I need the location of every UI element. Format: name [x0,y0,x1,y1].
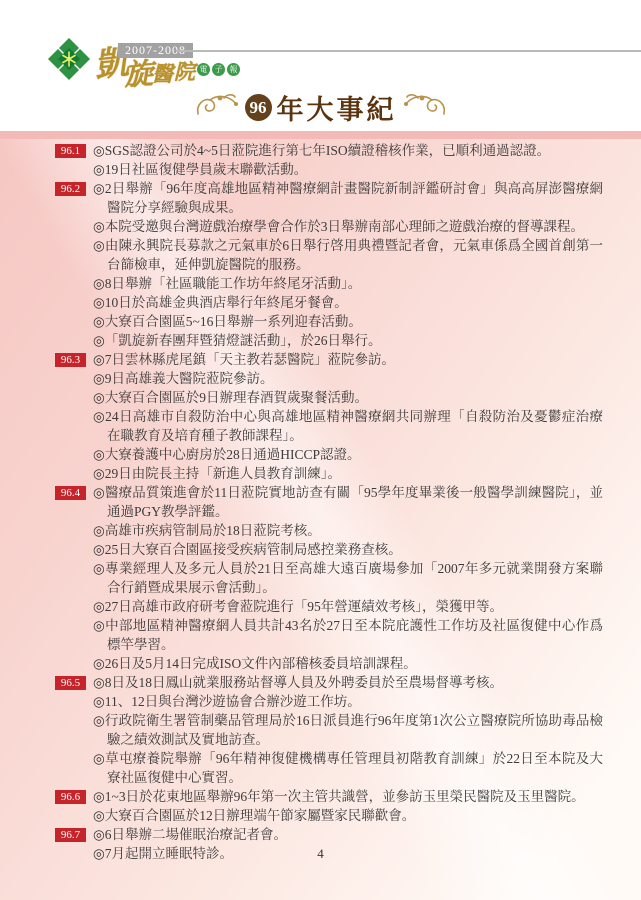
event-section: 96.3 ◎7日雲林縣虎尾鎮「天主教若瑟醫院」蒞院參訪。 ◎9日高雄義大醫院蒞院… [55,350,603,483]
event-item: ◎7日雲林縣虎尾鎮「天主教若瑟醫院」蒞院參訪。 [93,350,603,369]
event-item: ◎29日由院長主持「新進人員教育訓練」。 [93,464,603,483]
date-badge: 96.2 [55,182,86,196]
header-divider [176,50,641,52]
date-badge: 96.3 [55,353,86,367]
event-item: ◎醫療品質策進會於11日蒞院實地訪查有關「95學年度畢業後一般醫學訓練醫院」，並… [93,483,603,521]
hospital-name-char: 醫 [152,58,173,88]
event-section: 96.4 ◎醫療品質策進會於11日蒞院實地訪查有關「95學年度畢業後一般醫學訓練… [55,483,603,673]
event-item: ◎1~3日於花東地區舉辦96年第一次主管共識營，並參訪玉里榮民醫院及玉里醫院。 [93,787,603,806]
event-item: ◎中部地區精神醫療網人員共計43名於27日至本院庇護性工作坊及社區復健中心作爲標… [93,616,603,654]
page-title: 96 年大事紀 [0,88,641,127]
title-year-badge: 96 [245,94,272,121]
event-item: ◎行政院衛生署管制藥品管理局於16日派員進行96年度第1次公立醫療院所協助毒品檢… [93,711,603,749]
event-item: ◎25日大寮百合園區接受疾病管制局感控業務查核。 [93,540,603,559]
event-item: ◎2日舉辦「96年度高雄地區精神醫療網計畫醫院新制評鑑研討會」與高高屏澎醫療網醫… [93,179,603,217]
date-badge: 96.1 [55,144,86,158]
event-items: ◎SGS認證公司於4~5日蒞院進行第七年ISO續證稽核作業，已順利通過認證。 ◎… [93,141,603,179]
date-badge: 96.7 [55,828,86,842]
event-items: ◎8日及18日鳳山就業服務站督導人員及外聘委員於至農場督導考核。 ◎11、12日… [93,673,603,787]
event-item: ◎大寮養護中心廚房於28日通過HICCP認證。 [93,445,603,464]
seal-icon: 報 [227,63,240,76]
event-item: ◎由陳永興院長募款之元氣車於6日舉行啓用典禮暨記者會，元氣車係爲全國首創第一台篩… [93,236,603,274]
event-item: ◎9日高雄義大醫院蒞院參訪。 [93,369,603,388]
event-item: ◎8日舉辦「社區職能工作坊年終尾牙活動」。 [93,274,603,293]
seal-icon: 電 [197,63,210,76]
page-number: 4 [0,846,641,862]
events-content-area: 96.1 ◎SGS認證公司於4~5日蒞院進行第七年ISO續證稽核作業，已順利通過… [0,131,641,900]
event-item: ◎8日及18日鳳山就業服務站督導人員及外聘委員於至農場督導考核。 [93,673,603,692]
event-item: ◎SGS認證公司於4~5日蒞院進行第七年ISO續證稽核作業，已順利通過認證。 [93,141,603,160]
event-item: ◎本院受邀與台灣遊戲治療學會合作於3日舉辦南部心理師之遊戲治療的督導課程。 [93,217,603,236]
flourish-right-icon [402,90,448,125]
event-section: 96.5 ◎8日及18日鳳山就業服務站督導人員及外聘委員於至農場督導考核。 ◎1… [55,673,603,787]
date-badge: 96.4 [55,486,86,500]
event-item: ◎大寮百合園區於12日辦理端午節家屬暨家民聯歡會。 [93,806,603,825]
seal-icon: 子 [212,63,225,76]
event-item: ◎草屯療養院舉辦「96年精神復健機構專任管理員初階教育訓練」於22日至本院及大寮… [93,749,603,787]
edition-seals: 電 子 報 [197,63,240,76]
event-items: ◎醫療品質策進會於11日蒞院實地訪查有關「95學年度畢業後一般醫學訓練醫院」，並… [93,483,603,673]
event-section: 96.6 ◎1~3日於花東地區舉辦96年第一次主管共識營，並參訪玉里榮民醫院及玉… [55,787,603,825]
event-item: ◎專業經理人及多元人員於21日至高雄大遠百廣場參加「2007年多元就業開發方案聯… [93,559,603,597]
title-text: 年大事紀 [277,88,397,127]
event-items: ◎7日雲林縣虎尾鎮「天主教若瑟醫院」蒞院參訪。 ◎9日高雄義大醫院蒞院參訪。 ◎… [93,350,603,483]
hospital-logo-icon [46,36,92,87]
events-list: 96.1 ◎SGS認證公司於4~5日蒞院進行第七年ISO續證稽核作業，已順利通過… [55,141,603,863]
event-item: ◎「凱旋新春團拜暨猜燈謎活動」，於26日舉行。 [93,331,603,350]
event-items: ◎1~3日於花東地區舉辦96年第一次主管共識營，並參訪玉里榮民醫院及玉里醫院。 … [93,787,603,825]
event-items: ◎2日舉辦「96年度高雄地區精神醫療網計畫醫院新制評鑑研討會」與高高屏澎醫療網醫… [93,179,603,350]
pink-band [0,131,641,139]
event-item: ◎26日及5月14日完成ISO文件內部稽核委員培訓課程。 [93,654,603,673]
event-section: 96.1 ◎SGS認證公司於4~5日蒞院進行第七年ISO續證稽核作業，已順利通過… [55,141,603,179]
event-item: ◎24日高雄市自殺防治中心與高雄地區精神醫療網共同辦理「自殺防治及憂鬱症治療在職… [93,407,603,445]
event-item: ◎6日舉辦二場催眠治療記者會。 [93,825,603,844]
hospital-name-char: 院 [174,56,195,86]
flourish-left-icon [194,90,240,125]
event-section: 96.2 ◎2日舉辦「96年度高雄地區精神醫療網計畫醫院新制評鑑研討會」與高高屏… [55,179,603,350]
event-item: ◎11、12日與台灣沙遊協會合辦沙遊工作坊。 [93,692,603,711]
date-badge: 96.6 [55,790,86,804]
event-item: ◎19日社區復健學員歲末聯歡活動。 [93,160,603,179]
event-item: ◎大寮百合園區5~16日舉辦一系列迎春活動。 [93,312,603,331]
event-item: ◎27日高雄市政府研考會蒞院進行「95年營運績效考核」，榮獲甲等。 [93,597,603,616]
event-item: ◎高雄市疾病管制局於18日蒞院考核。 [93,521,603,540]
event-item: ◎10日於高雄金典酒店舉行年終尾牙餐會。 [93,293,603,312]
event-item: ◎大寮百合園區於9日辦理春酒賀歲聚餐活動。 [93,388,603,407]
date-badge: 96.5 [55,676,86,690]
